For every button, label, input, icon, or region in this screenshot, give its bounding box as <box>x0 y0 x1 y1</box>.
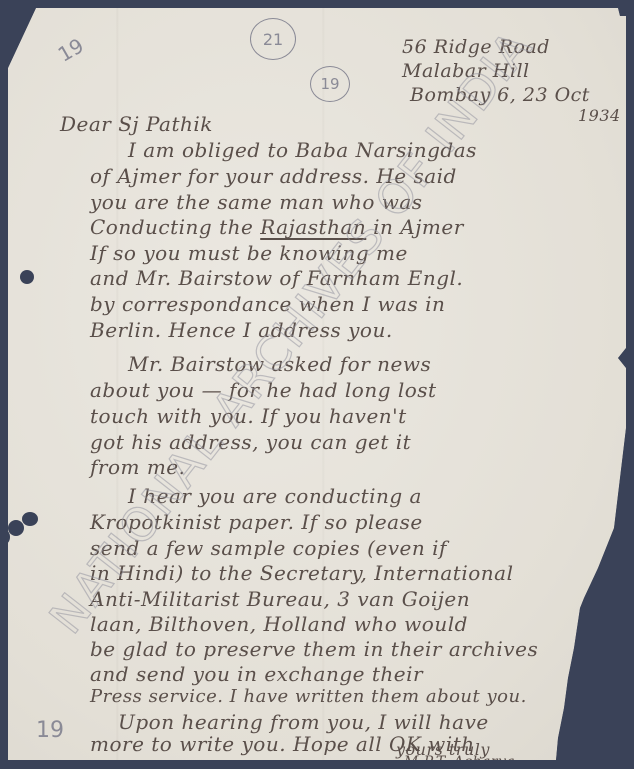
body-line: Mr. Bairstow asked for news <box>128 352 431 376</box>
body-line: got his address, you can get it <box>90 430 411 454</box>
archive-mark-circled-middle: 19 <box>310 66 350 102</box>
archive-mark-bottom-left: 19 <box>36 718 64 743</box>
body-line: about you — for he had long lost <box>90 378 437 402</box>
body-line: from me. <box>90 455 185 479</box>
body-line: I am obliged to Baba Narsingdas <box>128 138 477 162</box>
newspaper-name-rajasthan: Rajasthan <box>260 215 366 239</box>
address-line-1: 56 Ridge Road <box>402 36 550 58</box>
body-line: If so you must be knowing me <box>90 241 408 265</box>
body-text: in Ajmer <box>366 215 464 239</box>
address-line-3: Bombay 6, 23 Oct <box>410 84 590 106</box>
body-line: Upon hearing from you, I will have <box>118 710 489 734</box>
body-line: and Mr. Bairstow of Farnham Engl. <box>90 266 463 290</box>
body-line: send a few sample copies (even if <box>90 536 447 560</box>
signature: M.P.T. Acharya <box>404 754 515 769</box>
archive-mark-circled-top: 21 <box>250 18 296 60</box>
body-line: be glad to preserve them in their archiv… <box>90 637 538 661</box>
body-line: you are the same man who was <box>90 190 423 214</box>
body-line: I hear you are conducting a <box>128 484 422 508</box>
archive-mark-circled-middle-text: 19 <box>320 75 339 93</box>
body-line: by correspondance when I was in <box>90 292 445 316</box>
archive-mark-circled-top-text: 21 <box>263 30 283 49</box>
body-line: Berlin. Hence I address you. <box>90 318 393 342</box>
body-line: Conducting the Rajasthan in Ajmer <box>90 215 464 239</box>
body-line: Anti-Militarist Bureau, 3 van Goijen <box>90 587 470 611</box>
body-text: Conducting the <box>90 215 260 239</box>
body-line: touch with you. If you haven't <box>90 404 407 428</box>
body-line: of Ajmer for your address. He said <box>90 164 457 188</box>
body-line: and send you in exchange their <box>90 662 423 686</box>
ink-blot <box>22 512 38 526</box>
body-line: laan, Bilthoven, Holland who would <box>90 612 468 636</box>
ink-blot <box>0 530 10 544</box>
ink-blot <box>8 520 24 536</box>
address-line-4: 1934 <box>578 106 621 125</box>
body-line: Press service. I have written them about… <box>90 686 527 707</box>
body-line: in Hindi) to the Secretary, Internationa… <box>90 561 513 585</box>
punch-hole <box>20 270 34 284</box>
salutation: Dear Sj Pathik <box>60 112 213 136</box>
body-line: Kropotkinist paper. If so please <box>90 510 423 534</box>
address-line-2: Malabar Hill <box>402 60 530 82</box>
